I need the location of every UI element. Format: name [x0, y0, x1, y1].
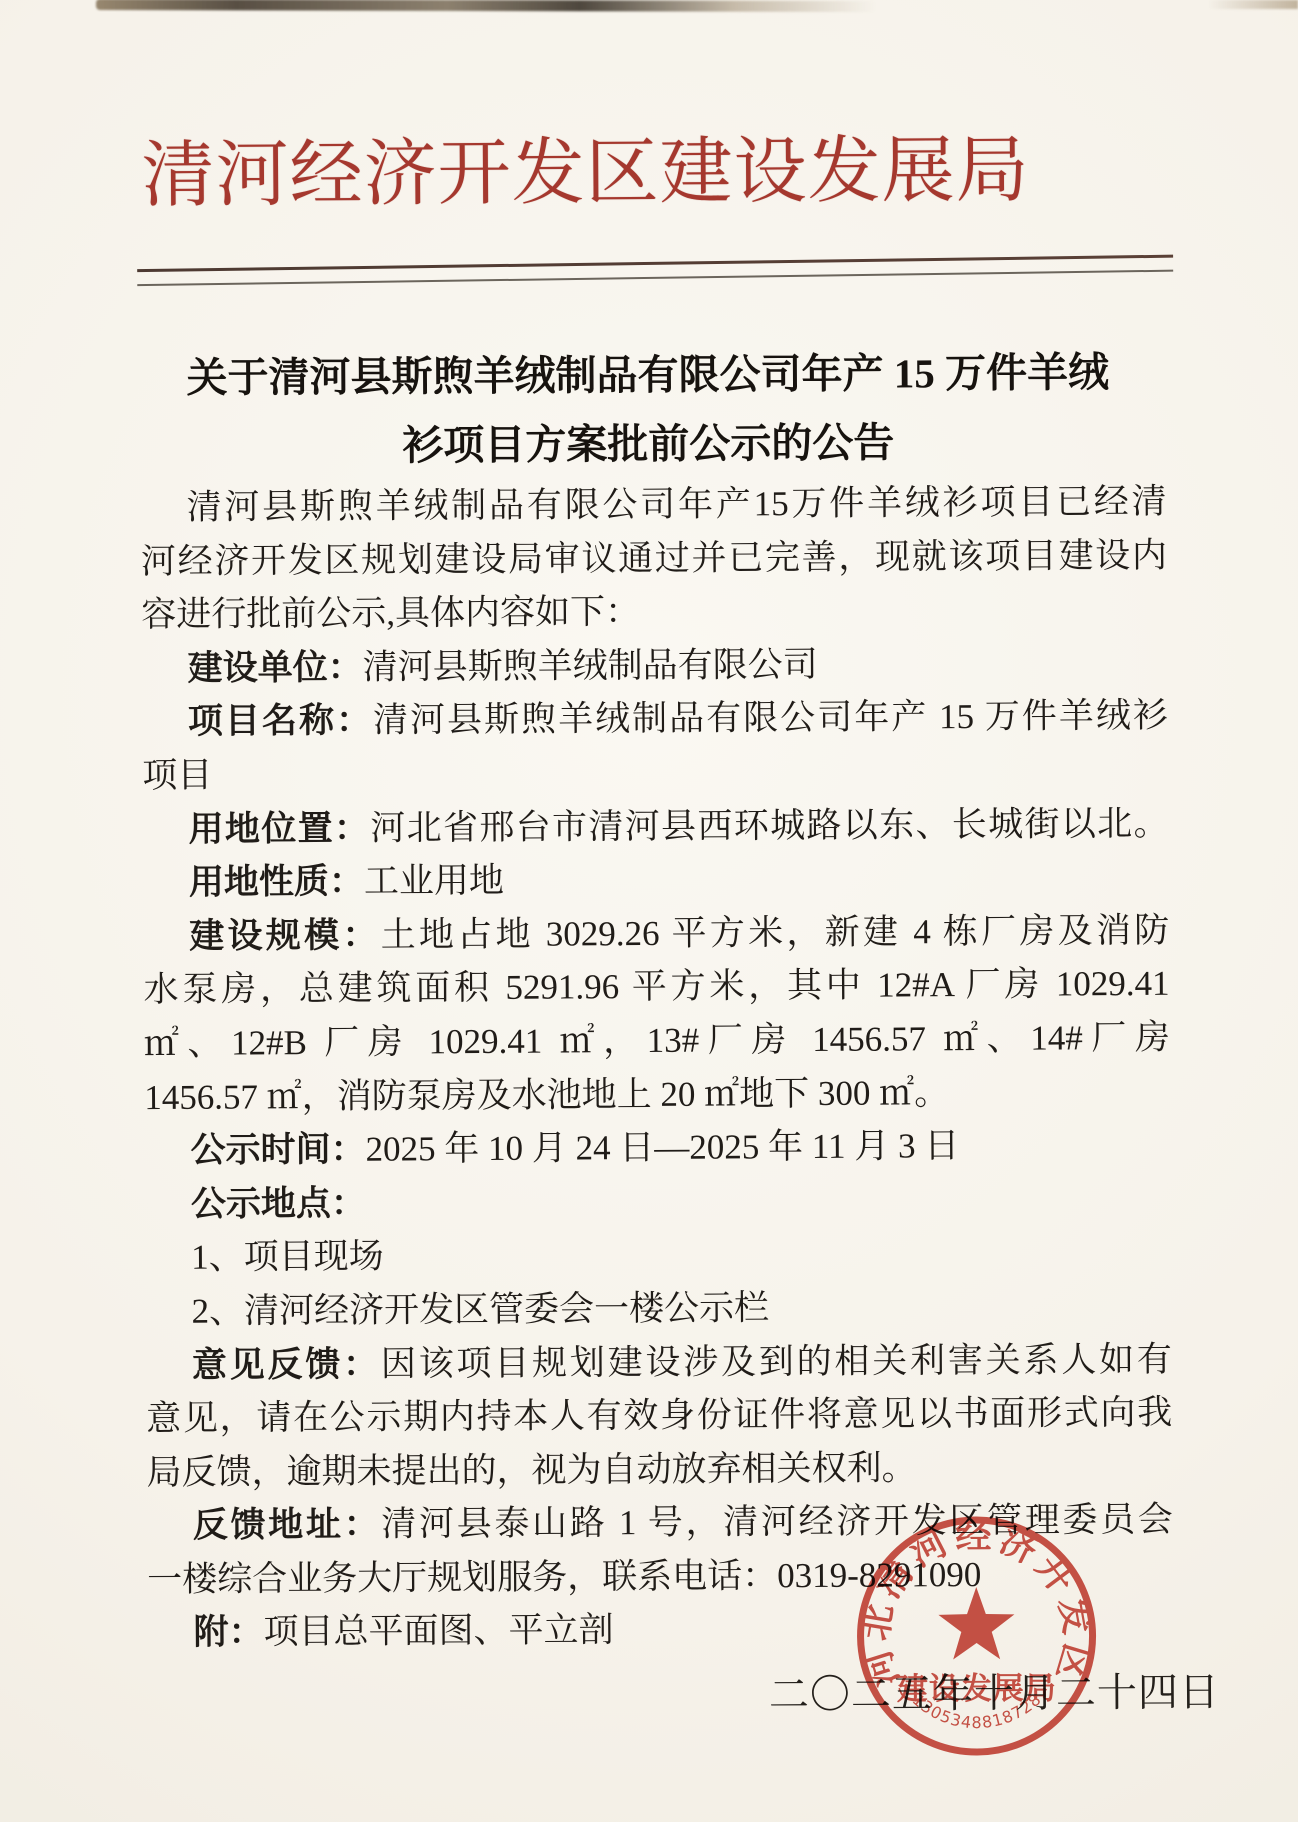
- document-content: 清河经济开发区建设发展局 关于清河县斯煦羊绒制品有限公司年产 15 万件羊绒 衫…: [0, 0, 1298, 1822]
- body-line: 用地位置：河北省邢台市清河县西环城路以东、长城街以北。: [142, 796, 1168, 856]
- field-label: 项目名称：: [188, 701, 373, 741]
- line-text: 土地占地 3029.26 平方米，新建 4 栋厂房及消防: [381, 911, 1170, 955]
- official-seal: 河北清河经济开发区 建设发展局 1305348818728: [841, 1500, 1113, 1772]
- body-line: 公示时间：2025 年 10 月 24 日—2025 年 11 月 3 日: [144, 1118, 1170, 1178]
- body-line: 水泵房，总建筑面积 5291.96 平方米，其中 12#A 厂房 1029.41: [143, 957, 1169, 1017]
- field-label: 用地位置：: [188, 808, 370, 848]
- body-line: 容进行批前公示,具体内容如下：: [141, 582, 1167, 642]
- body-line: ㎡、12#B 厂房 1029.41 ㎡，13#厂房 1456.57 ㎡、14#厂…: [144, 1011, 1170, 1071]
- line-text: 清河县斯煦羊绒制品有限公司年产15万件羊绒衫项目已经清: [187, 482, 1167, 527]
- line-text: 项目总平面图、平立剖: [263, 1611, 613, 1652]
- body-line: 用地性质：工业用地: [143, 850, 1169, 910]
- body-line: 意见反馈：因该项目规划建设涉及到的相关利害关系人如有: [146, 1332, 1172, 1392]
- notice-body: 清河县斯煦羊绒制品有限公司年产15万件羊绒衫项目已经清河经济开发区规划建设局审议…: [140, 475, 1173, 1660]
- line-text: 河北省邢台市清河县西环城路以东、长城街以北。: [370, 803, 1168, 847]
- notice-title: 关于清河县斯煦羊绒制品有限公司年产 15 万件羊绒 衫项目方案批前公示的公告: [118, 338, 1179, 482]
- body-line: 意见，请在公示期内持本人有效身份证件将意见以书面形式向我: [146, 1386, 1172, 1446]
- scanned-document-page: 清河经济开发区建设发展局 关于清河县斯煦羊绒制品有限公司年产 15 万件羊绒 衫…: [0, 0, 1298, 1822]
- line-text: 容进行批前公示,具体内容如下：: [141, 592, 640, 634]
- field-label: 建设规模：: [189, 915, 381, 955]
- field-label: 公示地点：: [191, 1183, 366, 1223]
- body-line: 建设规模：土地占地 3029.26 平方米，新建 4 栋厂房及消防: [143, 904, 1169, 964]
- line-text: 1、项目现场: [191, 1237, 384, 1277]
- notice-title-line2: 衫项目方案批前公示的公告: [118, 407, 1178, 482]
- field-label: 用地性质：: [189, 862, 364, 902]
- line-text: 2025 年 10 月 24 日—2025 年 11 月 3 日: [365, 1126, 959, 1169]
- notice-title-line1: 关于清河县斯煦羊绒制品有限公司年产 15 万件羊绒: [118, 338, 1178, 413]
- field-label: 反馈地址：: [193, 1505, 382, 1545]
- line-text: 因该项目规划建设涉及到的相关利害关系人如有: [381, 1339, 1172, 1383]
- line-text: 清河县斯煦羊绒制品有限公司: [363, 645, 818, 687]
- letterhead-agency-name: 清河经济开发区建设发展局: [141, 131, 1021, 217]
- line-text: 局反馈，逾期未提出的，视为自动放弃相关权利。: [146, 1448, 916, 1492]
- body-line: 1、项目现场: [145, 1225, 1171, 1285]
- line-text: 项目: [142, 756, 212, 795]
- body-line: 公示地点：: [145, 1172, 1171, 1232]
- field-label: 公示时间：: [190, 1130, 365, 1170]
- field-label: 意见反馈：: [192, 1344, 381, 1384]
- letterhead-divider-upper: [137, 255, 1173, 272]
- field-label: 建设单位：: [188, 648, 363, 688]
- line-text: ㎡、12#B 厂房 1029.41 ㎡，13#厂房 1456.57 ㎡、14#厂…: [144, 1018, 1170, 1063]
- line-text: 1456.57 ㎡，消防泵房及水池地上 20 ㎡地下 300 ㎡。: [144, 1073, 949, 1117]
- line-text: 清河县斯煦羊绒制品有限公司年产 15 万件羊绒衫: [373, 696, 1168, 740]
- body-line: 1456.57 ㎡，消防泵房及水池地上 20 ㎡地下 300 ㎡。: [144, 1064, 1170, 1124]
- seal-star-icon: [938, 1587, 1014, 1660]
- line-text: 意见，请在公示期内持本人有效身份证件将意见以书面形式向我: [146, 1393, 1172, 1438]
- body-line: 清河县斯煦羊绒制品有限公司年产15万件羊绒衫项目已经清: [140, 475, 1166, 535]
- body-line: 建设单位：清河县斯煦羊绒制品有限公司: [141, 636, 1167, 696]
- line-text: 2、清河经济开发区管委会一楼公示栏: [191, 1288, 769, 1331]
- letterhead-divider-lower: [137, 270, 1173, 286]
- field-label: 附：: [193, 1613, 263, 1652]
- line-text: 河经济开发区规划建设局审议通过并已完善，现就该项目建设内: [141, 535, 1167, 580]
- body-line: 2、清河经济开发区管委会一楼公示栏: [145, 1279, 1171, 1339]
- body-line: 项目: [142, 743, 1168, 803]
- body-line: 局反馈，逾期未提出的，视为自动放弃相关权利。: [146, 1440, 1172, 1500]
- body-line: 项目名称：清河县斯煦羊绒制品有限公司年产 15 万件羊绒衫: [142, 689, 1168, 749]
- body-line: 河经济开发区规划建设局审议通过并已完善，现就该项目建设内: [141, 528, 1167, 588]
- line-text: 工业用地: [364, 861, 504, 901]
- line-text: 水泵房，总建筑面积 5291.96 平方米，其中 12#A 厂房 1029.41: [143, 964, 1169, 1009]
